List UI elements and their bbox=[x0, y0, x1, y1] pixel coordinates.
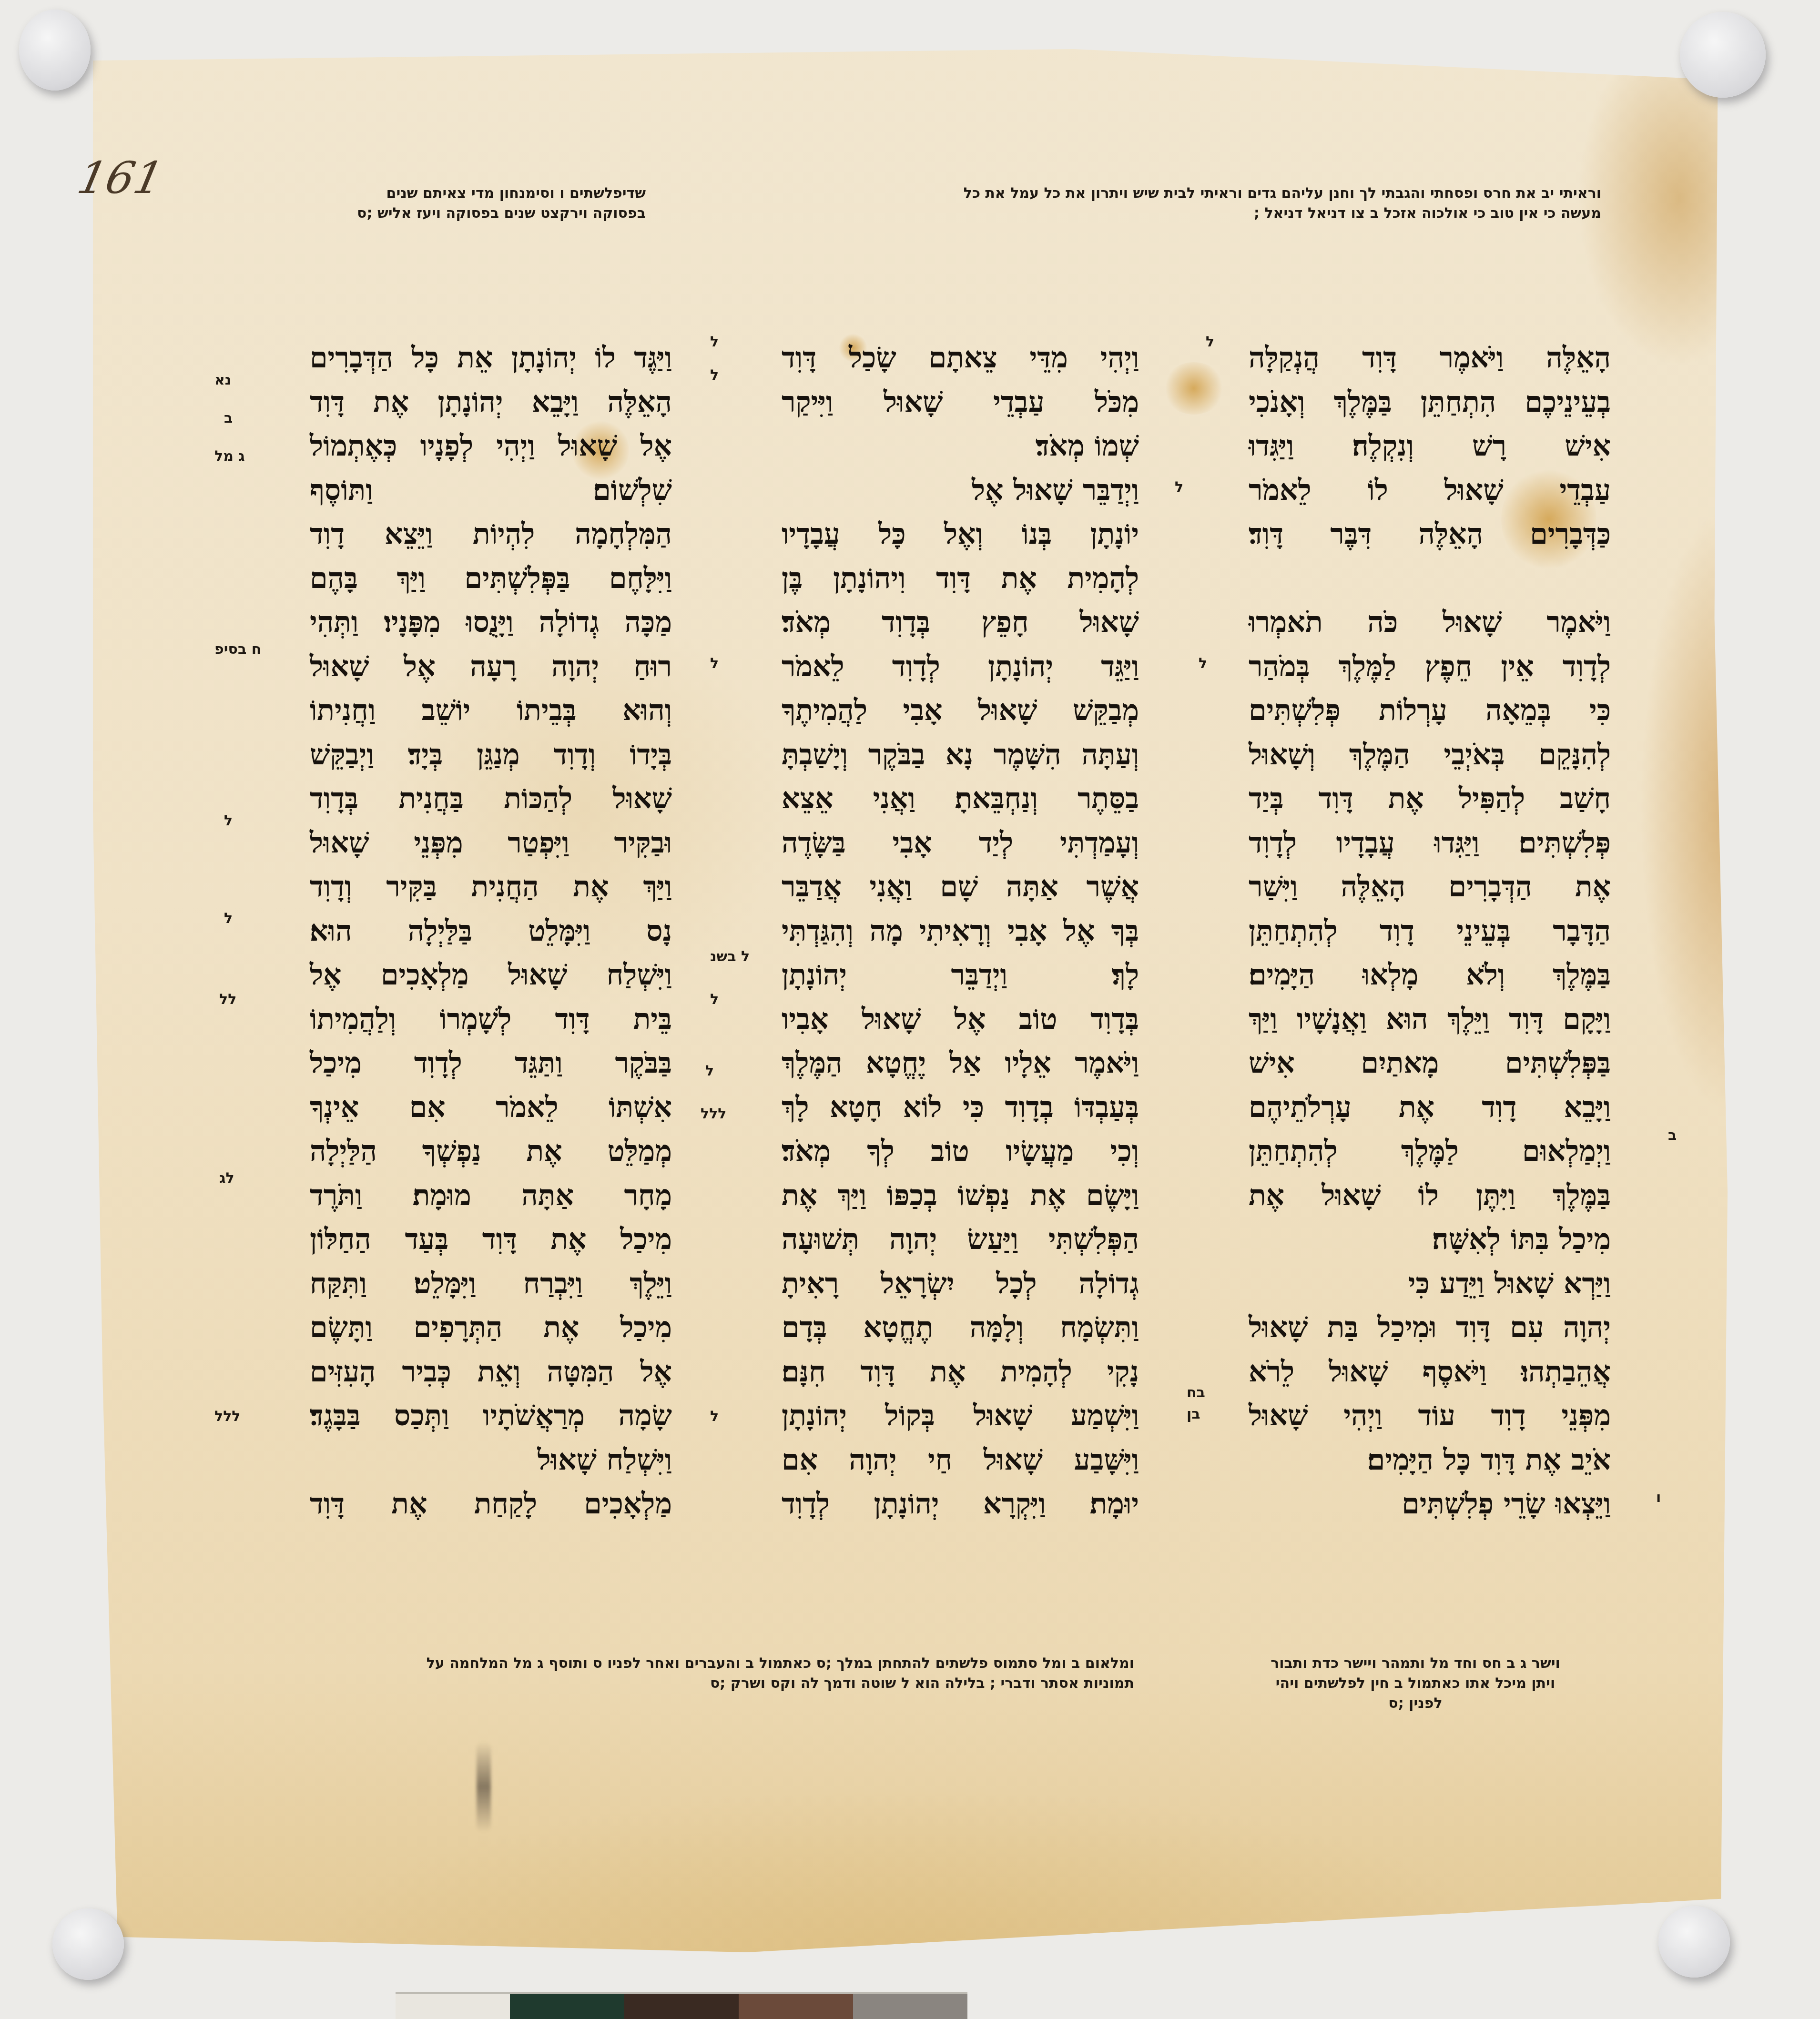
text-line: שָׂמָה מְרַאֲשֹׁתָיו וַתְּכַס בַּבָּגֶד׃ bbox=[310, 1394, 672, 1438]
masorah-line: וישר ג ב חס וחד מל ותמהר ויישר כדת ותבור bbox=[1249, 1654, 1582, 1674]
text-line: נָקִי לְהָמִית אֶת דָּוִד חִנָּם׃ bbox=[782, 1350, 1139, 1394]
margin-note: ל bbox=[710, 334, 719, 350]
margin-note: ל bbox=[1175, 479, 1183, 496]
text-line: וַיָּשֶׂם אֶת נַפְשׁוֹ בְכַפּוֹ וַיַּךְ … bbox=[782, 1174, 1139, 1218]
margin-note: ל bbox=[224, 910, 233, 927]
text-line: הָאֵלֶּה וַיָּבֵא יְהוֹנָתָן אֶת דָּוִד bbox=[310, 380, 672, 425]
text-line: בַּמֶּלֶךְ וְלֹא מָלְאוּ הַיָּמִים׃ bbox=[1249, 953, 1611, 997]
text-line: אִשְׁתּוֹ לֵאמֹר אִם אֵינְךָ bbox=[310, 1086, 672, 1130]
text-line: פְּלִשְׁתִּים׃ וַיַּגִּדוּ עֲבָדָיו לְדָ… bbox=[1249, 821, 1611, 865]
text-line: וַיָּקָם דָּוִד וַיֵּלֶךְ הוּא וַאֲנָשָׁ… bbox=[1249, 997, 1611, 1042]
text-line: וַיַּגֵּד יְהוֹנָתָן לְדָוִד לֵאמֹר bbox=[782, 645, 1139, 689]
margin-note: לג bbox=[219, 1170, 234, 1187]
text-line: הַדָּבָר בְּעֵינֵי דָוִד לְהִתְחַתֵּן bbox=[1249, 909, 1611, 954]
margin-note: ג מל bbox=[214, 448, 245, 465]
text-line: מִיכַל בִּתּוֹ לְאִשָּׁה׃ bbox=[1249, 1217, 1611, 1262]
margin-note: לל bbox=[219, 991, 236, 1008]
corner-weight-bottom-left bbox=[52, 1908, 124, 1980]
margin-note: ל bbox=[1206, 334, 1214, 350]
text-line: גְדוֹלָה לְכָל יִשְׂרָאֵל רָאִיתָ bbox=[782, 1262, 1139, 1306]
text-line: מִפְּנֵי דָוִד עוֹד וַיְהִי שָׁאוּל bbox=[1249, 1394, 1611, 1438]
text-line: וַיְהִי מִדֵּי צֵאתָם שָׂכַל דָּוִד bbox=[782, 336, 1139, 380]
text-line: וַיֹּאמֶר שָׁאוּל כֹּה תֹאמְרוּ bbox=[1249, 600, 1611, 645]
text-line: מִיכַל אֶת הַתְּרָפִים וַתָּשֶׂם bbox=[310, 1306, 672, 1350]
masorah-line: תמוניות אסתר ודברי ; בלילה הוא ל שוטה וד… bbox=[315, 1674, 1134, 1694]
text-line: יוּמָת׃ וַיִּקְרָא יְהוֹנָתָן לְדָוִד bbox=[782, 1482, 1139, 1526]
text-line: כַּדְּבָרִים הָאֵלֶּה דִּבֶּר דָּוִד׃ bbox=[1249, 512, 1611, 557]
text-line: וַיָּבֵא דָוִד אֶת עָרְלֹתֵיהֶם bbox=[1249, 1086, 1611, 1130]
text-line: חָשַׁב לְהַפִּיל אֶת דָּוִד בְּיַד bbox=[1249, 777, 1611, 821]
margin-notes-middle: ל ל ל ל בשנ ל ל ללל ל bbox=[696, 0, 758, 2019]
text-line: בְּעַבְדּוֹ בְדָוִד כִּי לוֹא חָטָא לָךְ bbox=[782, 1086, 1139, 1130]
text-line: אֶל הַמִּטָּה וְאֵת כְּבִיר הָעִזִּים bbox=[310, 1350, 672, 1394]
margin-note: ו bbox=[1656, 1489, 1661, 1506]
text-line: אֲהֵבַתְהוּ׃ וַיֹּאסֶף שָׁאוּל לֵרֹא bbox=[1249, 1350, 1611, 1394]
color-calibration-strip bbox=[396, 1992, 967, 2019]
text-line: בַּפְּלִשְׁתִּים מָאתַיִם אִישׁ bbox=[1249, 1041, 1611, 1086]
text-line: וַיִּשְׁלַח שָׁאוּל מַלְאָכִים אֶל bbox=[310, 953, 672, 997]
text-line: וַיְמַלְאוּם לַמֶּלֶךְ לְהִתְחַתֵּן bbox=[1249, 1129, 1611, 1174]
swatch bbox=[853, 1994, 967, 2019]
margin-note: ל bbox=[224, 812, 233, 829]
text-line: הַפְּלִשְׁתִּי וַיַּעַשׂ יְהוָה תְּשׁוּע… bbox=[782, 1217, 1139, 1262]
masorah-line: ומלאום ב ומל סתמוס פלשתים להתחתן במלך ;ס… bbox=[315, 1654, 1134, 1674]
text-line: וַיִּשְׁמַע שָׁאוּל בְּקוֹל יְהוֹנָתָן bbox=[782, 1394, 1139, 1438]
text-line: מִיכַל אֶת דָּוִד בְּעַד הַחַלּוֹן bbox=[310, 1217, 672, 1262]
text-line: בְּדָוִד טוֹב אֶל שָׁאוּל אָבִיו bbox=[782, 997, 1139, 1042]
text-line: וְעַתָּה הִשָּׁמֶר נָא בַבֹּקֶר וְיָשַׁב… bbox=[782, 733, 1139, 777]
text-line: אֲשֶׁר אַתָּה שָׁם וַאֲנִי אֲדַבֵּר bbox=[782, 865, 1139, 909]
text-line: וַיֹּאמֶר אֵלָיו אַל יֶחֱטָא הַמֶּלֶךְ bbox=[782, 1041, 1139, 1086]
text-line: בְּךָ אֶל אָבִי וְרָאִיתִי מָה וְהִגַּדְ… bbox=[782, 909, 1139, 954]
text-line: וַיִּשְׁלַח שָׁאוּל bbox=[310, 1438, 672, 1482]
margin-note: ל bbox=[705, 1063, 714, 1079]
text-line: לְהָמִית אֶת דָּוִד וִיהוֹנָתָן בֶּן bbox=[782, 557, 1139, 601]
text-line: בַּבֹּקֶר וַתַּגֵּד לְדָוִד מִיכַל bbox=[310, 1041, 672, 1086]
section-break bbox=[1249, 557, 1611, 601]
text-line: וַיְדַבֵּר שָׁאוּל אֶל bbox=[782, 468, 1139, 513]
margin-note: ל bbox=[710, 991, 719, 1008]
margin-note: בח bbox=[1187, 1384, 1205, 1401]
text-line: בְּיָדוֹ וְדָוִד מְנַגֵּן בְּיָד׃ וַיְבַ… bbox=[310, 733, 672, 777]
text-line: שָׁאוּל חָפֵץ בְּדָוִד מְאֹד׃ bbox=[782, 600, 1139, 645]
text-line: יְהוָה עִם דָּוִד וּמִיכַל בַּת שָׁאוּל bbox=[1249, 1306, 1611, 1350]
margin-note: ב bbox=[1668, 1127, 1677, 1144]
text-line: וַיֵּצְאוּ שָׂרֵי פְלִשְׁתִּים bbox=[1249, 1482, 1611, 1526]
text-line: מְבַקֵּשׁ שָׁאוּל אָבִי לַהֲמִיתֶךָ bbox=[782, 689, 1139, 733]
margin-note: נא bbox=[214, 372, 231, 388]
text-column-right: הָאֵלֶּה וַיֹּאמֶר דָּוִד הֲנְקַלָּה בְע… bbox=[1249, 336, 1611, 1526]
text-line: כִּי בְּמֵאָה עָרְלוֹת פְּלִשְׁתִּים bbox=[1249, 689, 1611, 733]
text-line: וְהוּא בְּבֵיתוֹ יוֹשֵׁב וַחֲנִיתוֹ bbox=[310, 689, 672, 733]
text-line: בַסֵּתֶר וְנַחְבֵּאתָ׃ וַאֲנִי אֵצֵא bbox=[782, 777, 1139, 821]
text-line: לָךְ׃ וַיְדַבֵּר יְהוֹנָתָן bbox=[782, 953, 1139, 997]
text-line: אֶל שָׁאוּל וַיְהִי לְפָנָיו כְּאֶתְמוֹל bbox=[310, 424, 672, 468]
masorah-line: שדיפלשתים ו וסימנחון מדי צאיתם שנים bbox=[312, 183, 646, 203]
margin-notes-right: ל ל ל בח בן ב ו bbox=[1158, 0, 1244, 2019]
masorah-line: בפסוקה וירקצט שנים בפסוקה ויעז אליש ;ס bbox=[312, 203, 646, 223]
text-line: שְׁמוֹ מְאֹד׃ bbox=[782, 424, 1139, 468]
text-line: רוּחַ יְהוָה רָעָה אֶל שָׁאוּל bbox=[310, 645, 672, 689]
corner-weight-top-left bbox=[19, 10, 91, 91]
text-line: לְהִנָּקֵם בְּאֹיְבֵי הַמֶּלֶךְ וְשָׁאוּ… bbox=[1249, 733, 1611, 777]
text-line: בֵּית דָּוִד לְשָׁמְרוֹ וְלַהֲמִיתוֹ bbox=[310, 997, 672, 1042]
margin-note: ב bbox=[224, 410, 233, 426]
text-line: וַיַּגֶּד לוֹ יְהוֹנָתָן אֵת כָּל הַדְּב… bbox=[310, 336, 672, 380]
corner-weight-bottom-right bbox=[1658, 1906, 1730, 1978]
text-line: מָחָר אַתָּה מוּמָת׃ וַתֹּרֶד bbox=[310, 1174, 672, 1218]
masorah-bottom-left: ומלאום ב ומל סתמוס פלשתים להתחתן במלך ;ס… bbox=[315, 1654, 1134, 1694]
text-column-left: וַיַּגֶּד לוֹ יְהוֹנָתָן אֵת כָּל הַדְּב… bbox=[310, 336, 672, 1526]
text-line: לְדָוִד אֵין חֵפֶץ לַמֶּלֶךְ בְּמֹהַר bbox=[1249, 645, 1611, 689]
text-line: הָאֵלֶּה וַיֹּאמֶר דָּוִד הֲנְקַלָּה bbox=[1249, 336, 1611, 380]
text-line: בְעֵינֵיכֶם הִתְחַתֵּן בַּמֶּלֶךְ וְאָנֹ… bbox=[1249, 380, 1611, 425]
margin-note: ל bbox=[710, 655, 719, 672]
ink-smudge bbox=[477, 1742, 491, 1832]
text-line: וּבַקִּיר וַיִּפְטַר מִפְּנֵי שָׁאוּל bbox=[310, 821, 672, 865]
text-line: יוֹנָתָן בְּנוֹ וְאֶל כָּל עֲבָדָיו bbox=[782, 512, 1139, 557]
text-line: אֶת הַדְּבָרִים הָאֵלֶּה וַיִּשַׁר bbox=[1249, 865, 1611, 909]
text-line: מַלְאָכִים לָקַחַת אֶת דָּוִד bbox=[310, 1482, 672, 1526]
text-line: וַיַּרְא שָׁאוּל וַיֵּדַע כִּי bbox=[1249, 1262, 1611, 1306]
masorah-line: ויתן מיכל אתו כאתמול ב חין לפלשתים ויהי bbox=[1249, 1674, 1582, 1694]
text-line: מַכָּה גְדוֹלָה וַיָּנֻסוּ מִפָּנָיו׃ וַ… bbox=[310, 600, 672, 645]
margin-note: ל bbox=[1199, 655, 1207, 672]
text-line: וַיֵּלֶךְ וַיִּבְרַח וַיִּמָּלֵט׃ וַתִּק… bbox=[310, 1262, 672, 1306]
margin-note: ללל bbox=[214, 1408, 240, 1425]
text-line: בַּמֶּלֶךְ וַיִּתֶּן לוֹ שָׁאוּל אֶת bbox=[1249, 1174, 1611, 1218]
margin-note: ל bbox=[710, 367, 719, 384]
text-line: שָׁאוּל לְהַכּוֹת בַּחֲנִית בְּדָוִד bbox=[310, 777, 672, 821]
margin-notes-left: נא ב ג מל ח בסיפ ל ל לל לג ללל bbox=[205, 0, 272, 2019]
margin-note: ל bbox=[710, 1408, 719, 1425]
masorah-top-left: שדיפלשתים ו וסימנחון מדי צאיתם שנים בפסו… bbox=[312, 183, 646, 223]
text-line: אִישׁ רָשׁ וְנִקְלֶה׃ וַיַּגִּדוּ bbox=[1249, 424, 1611, 468]
text-line: אֹיֵב אֶת דָּוִד כָּל הַיָּמִים׃ bbox=[1249, 1438, 1611, 1482]
margin-note: בן bbox=[1187, 1406, 1200, 1422]
text-column-middle: וַיְהִי מִדֵּי צֵאתָם שָׂכַל דָּוִד מִכֹ… bbox=[782, 336, 1139, 1526]
margin-note: ללל bbox=[701, 1106, 726, 1122]
swatch bbox=[396, 1994, 510, 2019]
margin-note: ל בשנ bbox=[710, 948, 750, 965]
text-line: וַתִּשְׂמָח וְלָמָּה תֶחֱטָא בְּדָם bbox=[782, 1306, 1139, 1350]
text-line: נָס וַיִּמָּלֵט בַּלַּיְלָה הוּא׃ bbox=[310, 909, 672, 954]
text-line: וְעָמַדְתִּי לְיַד אָבִי בַּשָּׂדֶה bbox=[782, 821, 1139, 865]
corner-weight-top-right bbox=[1680, 12, 1766, 98]
margin-note: ח בסיפ bbox=[214, 641, 261, 658]
text-line: הַמִּלְחָמָה לִהְיוֹת וַיֵּצֵא דָוִד bbox=[310, 512, 672, 557]
swatch bbox=[510, 1994, 624, 2019]
swatch bbox=[624, 1994, 739, 2019]
text-line: עַבְדֵי שָׁאוּל לוֹ לֵאמֹר bbox=[1249, 468, 1611, 513]
swatch bbox=[739, 1994, 853, 2019]
text-line: וַיַּךְ אֶת הַחֲנִית בַּקִּיר וְדָוִד bbox=[310, 865, 672, 909]
text-line: מִכֹּל עַבְדֵי שָׁאוּל וַיִּיקַר bbox=[782, 380, 1139, 425]
text-line: וַיִּשָּׁבַע שָׁאוּל חַי יְהוָה אִם bbox=[782, 1438, 1139, 1482]
text-line: וְכִי מַעֲשָׂיו טוֹב לְךָ מְאֹד׃ bbox=[782, 1129, 1139, 1174]
text-line: שִׁלְשׁוֹם׃ וַתּוֹסֶף bbox=[310, 468, 672, 513]
masorah-line: לפנין ;ס bbox=[1249, 1694, 1582, 1714]
text-line: וַיִּלָּחֶם בַּפְּלִשְׁתִּים וַיַּךְ בָּ… bbox=[310, 557, 672, 601]
folio-number: 161 bbox=[73, 152, 168, 203]
text-line: מְמַלֵּט אֶת נַפְשְׁךָ הַלַּיְלָה bbox=[310, 1129, 672, 1174]
masorah-bottom-right: וישר ג ב חס וחד מל ותמהר ויישר כדת ותבור… bbox=[1249, 1654, 1582, 1714]
